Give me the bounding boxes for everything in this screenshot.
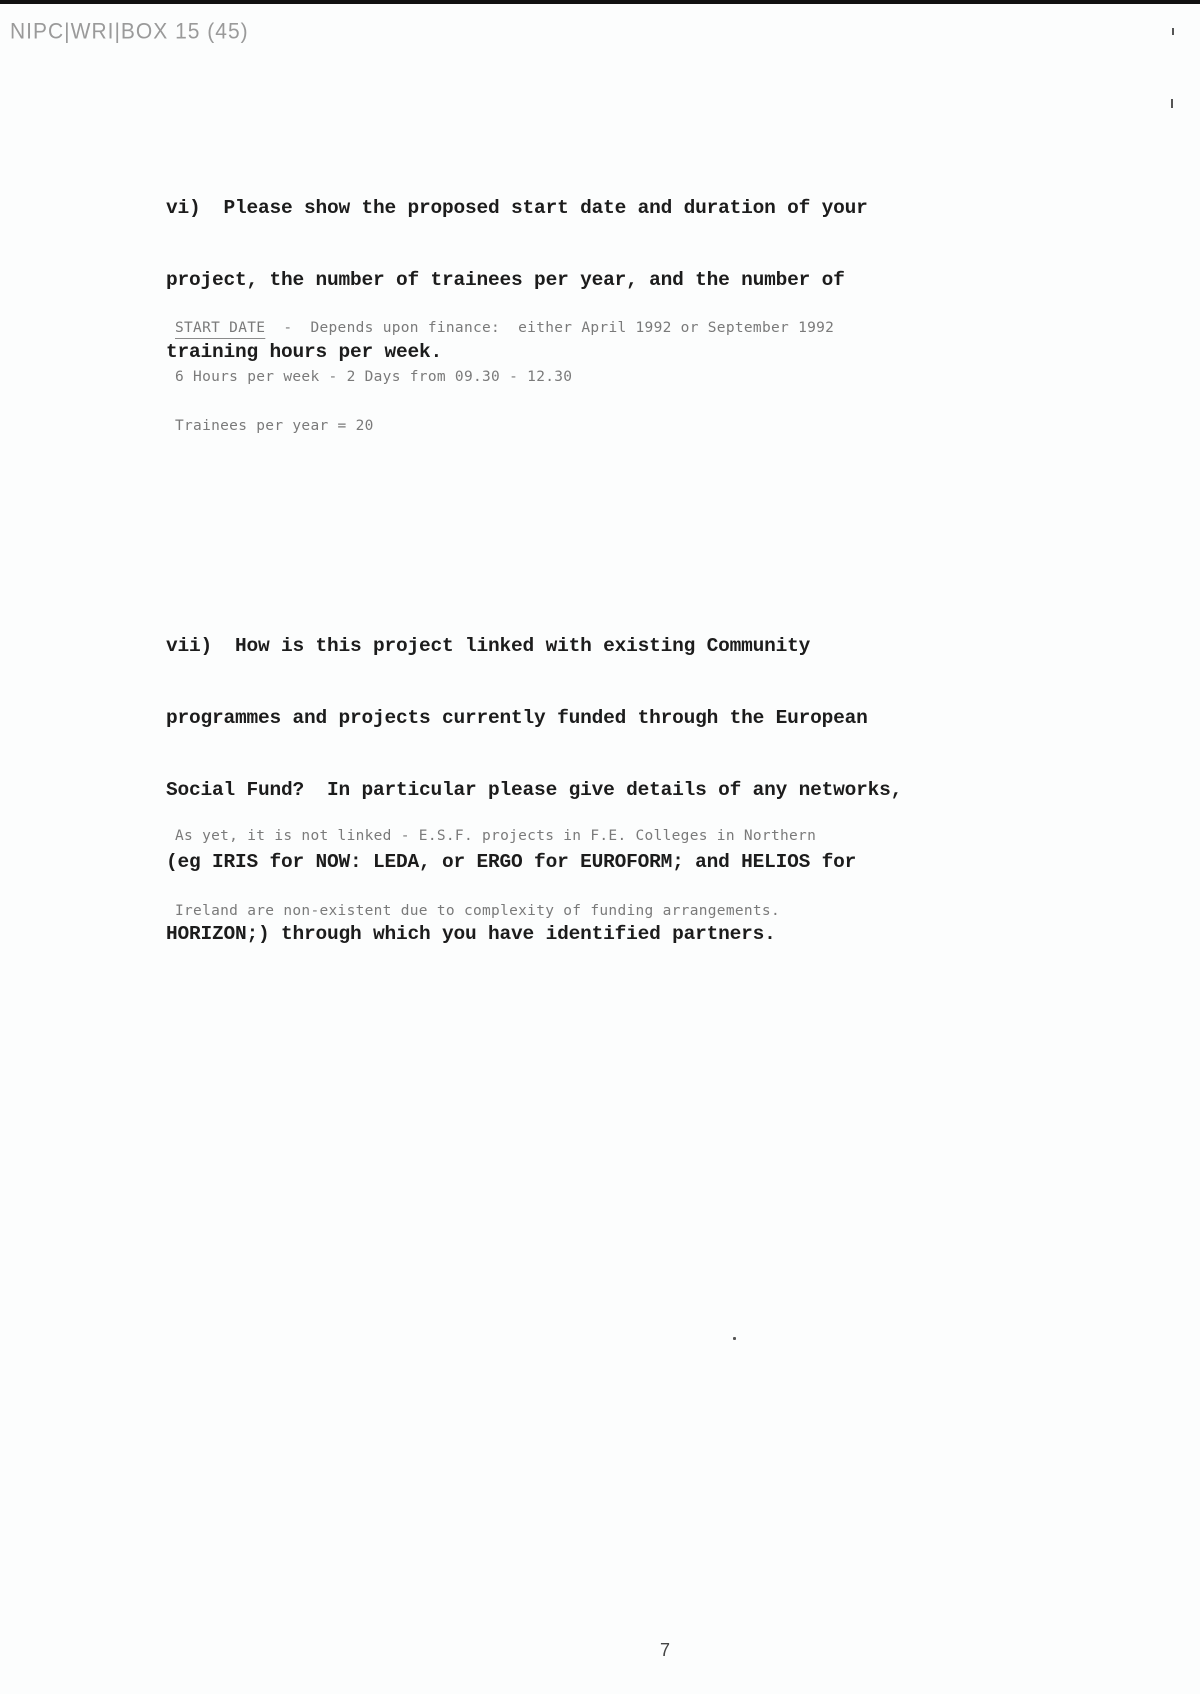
- answer-line: As yet, it is not linked - E.S.F. projec…: [175, 824, 816, 849]
- start-date-line: START DATE - Depends upon finance: eithe…: [175, 320, 834, 336]
- page-number: 7: [660, 1640, 670, 1661]
- archive-reference: NIPC|WRI|BOX 15 (45): [10, 19, 249, 44]
- trainees-line: Trainees per year = 20: [175, 386, 374, 466]
- start-date-text: - Depends upon finance: either April 199…: [265, 320, 834, 336]
- margin-mark: [1171, 99, 1173, 108]
- question-line: vii) How is this project linked with exi…: [166, 634, 1116, 658]
- margin-mark: [1172, 28, 1174, 35]
- trainees-text: Trainees per year = 20: [175, 418, 374, 434]
- scan-edge: [0, 0, 1200, 4]
- question-line: programmes and projects currently funded…: [166, 706, 1116, 730]
- question-line: vi) Please show the proposed start date …: [166, 196, 1116, 220]
- document-page: NIPC|WRI|BOX 15 (45) vi) Please show the…: [0, 0, 1200, 1694]
- answer-vii: As yet, it is not linked - E.S.F. projec…: [175, 774, 816, 974]
- scan-speck: [733, 1337, 736, 1340]
- hours-text: 6 Hours per week - 2 Days from 09.30 - 1…: [175, 369, 572, 385]
- start-date-label: START DATE: [175, 320, 265, 336]
- answer-line: Ireland are non-existent due to complexi…: [175, 899, 816, 924]
